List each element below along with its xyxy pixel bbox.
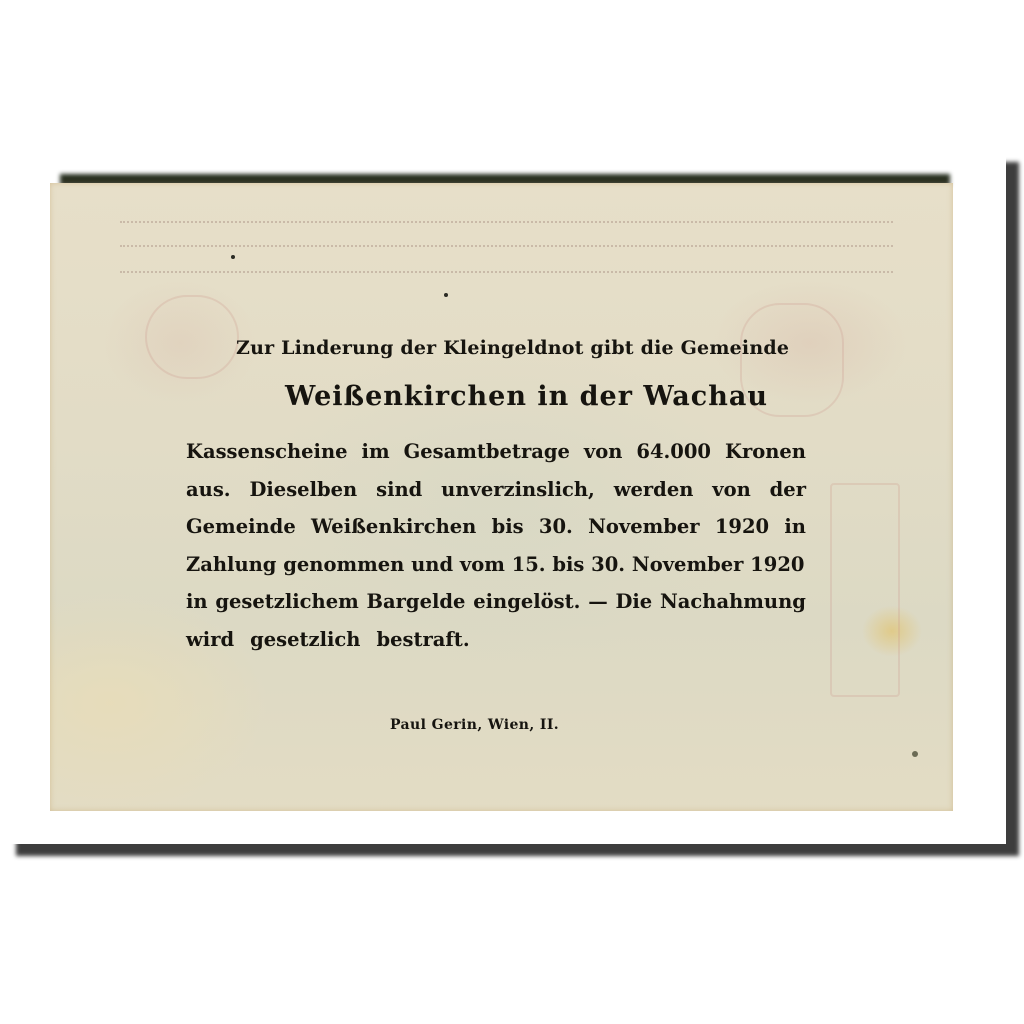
show-through-ornament bbox=[145, 295, 239, 379]
scan-canvas: Zur Linderung der Kleingeldnot gibt die … bbox=[0, 0, 1024, 1024]
intro-line: Zur Linderung der Kleingeldnot gibt die … bbox=[236, 337, 806, 359]
paper-speck bbox=[444, 293, 448, 297]
municipality-title: Weißenkirchen in der Wachau bbox=[285, 381, 768, 412]
paragraph-row: Kassenscheine im Gesamtbetrage von 64.00… bbox=[186, 433, 806, 471]
paragraph-row: wird gesetzlich bestraft. bbox=[186, 621, 806, 659]
banknote-reverse: Zur Linderung der Kleingeldnot gibt die … bbox=[50, 183, 953, 811]
paragraph-row: aus. Dieselben sind unverzinslich, werde… bbox=[186, 471, 806, 509]
show-through-line bbox=[120, 271, 893, 276]
show-through-line bbox=[120, 221, 893, 226]
paragraph-row: Gemeinde Weißenkirchen bis 30. November … bbox=[186, 508, 806, 546]
note-paragraph: Kassenscheine im Gesamtbetrage von 64.00… bbox=[186, 433, 806, 658]
paragraph-row: Zahlung genommen und vom 15. bis 30. Nov… bbox=[186, 546, 806, 584]
paragraph-row: in gesetzlichem Bargelde eingelöst. — Di… bbox=[186, 583, 806, 621]
show-through-line bbox=[120, 245, 893, 250]
paper-speck bbox=[231, 255, 235, 259]
show-through-border bbox=[830, 483, 900, 697]
paper-speck bbox=[912, 751, 918, 757]
printer-imprint: Paul Gerin, Wien, II. bbox=[390, 717, 559, 733]
